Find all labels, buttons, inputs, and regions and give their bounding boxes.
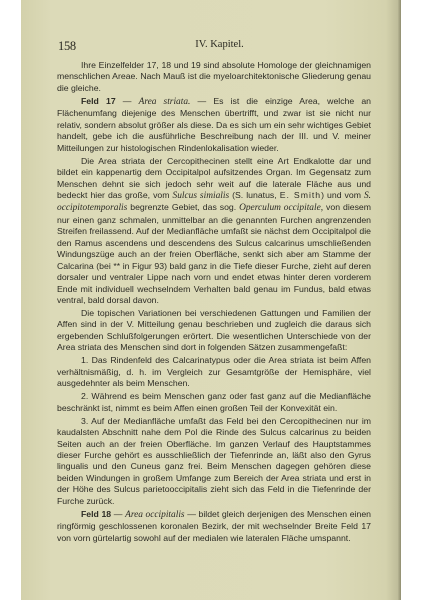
field-label: Feld 17 [81, 96, 116, 106]
dash: — [111, 509, 125, 519]
author-name: E. Smith [280, 190, 321, 200]
page-edge [398, 0, 401, 600]
area-name: Area striata. [139, 97, 191, 107]
paragraph-text: Ihre Einzelfelder 17, 18 und 19 sind abs… [57, 60, 371, 93]
paragraph-text: 1. Das Rindenfeld des Calcarinatypus ode… [57, 355, 371, 388]
paragraph-text: 2. Während es beim Menschen ganz oder fa… [57, 391, 371, 412]
paragraph-point-2: 2. Während es beim Menschen ganz oder fa… [57, 391, 371, 414]
paragraph-text: Die topischen Variationen bei verschiede… [57, 308, 371, 352]
paragraph-feld-17: Feld 17 — Area striata. — Es ist die ein… [57, 96, 371, 154]
chapter-title: IV. Kapitel. [58, 39, 371, 50]
book-page: 158 IV. Kapitel. Ihre Einzelfelder 17, 1… [21, 0, 401, 600]
field-label: Feld 18 [81, 509, 111, 519]
paragraph-point-3: 3. Auf der Medianfläche umfaßt das Feld … [57, 416, 371, 508]
dash: — [116, 96, 139, 106]
body-text: Ihre Einzelfelder 17, 18 und 19 sind abs… [57, 60, 371, 544]
paragraph-point-1: 1. Das Rindenfeld des Calcarinatypus ode… [57, 355, 371, 389]
paragraph-text: 3. Auf der Medianfläche umfaßt das Feld … [57, 416, 371, 506]
paragraph-text: ) und vom [321, 190, 364, 200]
paragraph-text: begrenzte Gebiet, das sog. [127, 202, 239, 212]
paragraph-area-striata-description: Die Area striata der Cercopithecinen ste… [57, 156, 371, 307]
running-head: 158 IV. Kapitel. [58, 39, 371, 53]
paragraph-text: (S. lunatus, [229, 190, 280, 200]
term-operculum-occipitale: Operculum occipitale, [239, 203, 323, 213]
paragraph-homologues: Ihre Einzelfelder 17, 18 und 19 sind abs… [57, 60, 371, 94]
paragraph-feld-18: Feld 18 — Area occipitalis — bildet glei… [57, 509, 371, 544]
paragraph-text: von diesem nur einen ganz schmalen, unmi… [57, 202, 371, 305]
term-sulcus-simialis: Sulcus simialis [173, 191, 230, 201]
paragraph-variations: Die topischen Variationen bei verschiede… [57, 308, 371, 354]
area-name: Area occipitalis [125, 510, 184, 520]
